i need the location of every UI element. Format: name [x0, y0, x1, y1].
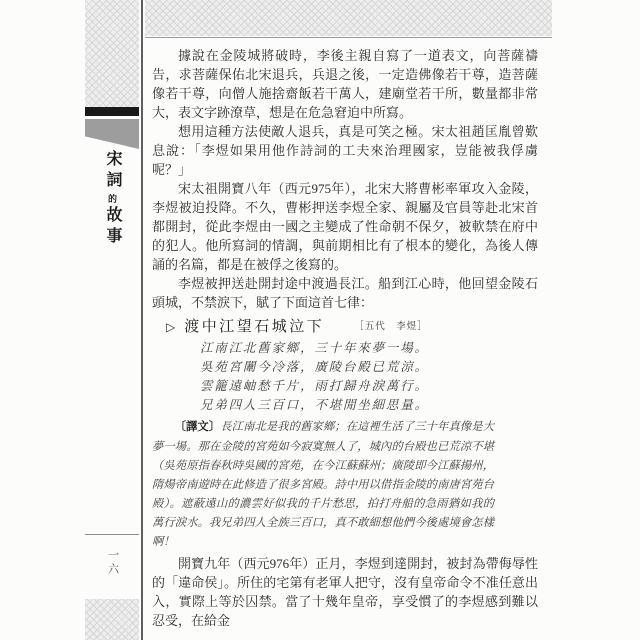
- paragraph: 開寶九年（西元976年）正月，李煜到達開封，被封為帶侮辱性的「違命侯」。所住的宅…: [152, 554, 538, 630]
- poem-body: 江南江北舊家鄉，三十年來夢一場。 吳苑宮闈今冷落，廣陵台殿已荒涼。 雲籠遠岫愁千…: [200, 338, 538, 414]
- header-rule: [145, 37, 552, 38]
- fret-pattern-bottom: [85, 599, 139, 640]
- paragraph: 據說在金陵城將破時，李後主親自寫了一道表文，向菩薩禱告，求菩薩保佑北宋退兵，兵退…: [152, 46, 538, 122]
- translation-label: 〔譯文〕: [175, 421, 221, 433]
- book-title-part1: 宋詞: [104, 150, 121, 192]
- paragraph: 宋太祖開寶八年（西元975年），北宋大將曹彬率軍攻入金陵，李煜被迫投降。不久，曹…: [152, 179, 538, 274]
- poem-line: 兄弟四人三百口，不堪閒坐細思量。: [200, 395, 538, 414]
- poem-line: 江南江北舊家鄉，三十年來夢一場。: [200, 338, 538, 357]
- book-title-part2: 故事: [104, 206, 121, 248]
- fret-pattern-top: [85, 0, 139, 107]
- fret-pattern-header-band: [145, 0, 552, 36]
- poem-header: ▷ 渡中江望石城泣下 ［五代 李煜］: [166, 317, 538, 337]
- book-title-particle: 的: [107, 194, 117, 204]
- gray-ribbon-shape: [85, 119, 139, 149]
- sidebar-strip: 宋詞的故事 一六: [85, 0, 139, 640]
- paragraph: 想用這種方法使敵人退兵，真是可笑之極。宋太祖趙匡胤曾歎息說：「李煜如果用他作詩詞…: [152, 122, 538, 179]
- poem-title: 渡中江望石城泣下: [184, 318, 324, 337]
- poem-line: 吳苑宮闈今冷落，廣陵台殿已荒涼。: [200, 357, 538, 376]
- book-title-vertical: 宋詞的故事: [104, 150, 120, 248]
- vertical-rule: [141, 0, 143, 640]
- book-page: 宋詞的故事 一六 據說在金陵城將破時，李後主親自寫了一道表文，向菩薩禱告，求菩薩…: [0, 0, 640, 640]
- translation-paragraph: 〔譯文〕長江南北是我的舊家鄉；在這裡生活了三十年真像是大夢一場。那在金陵的宮苑如…: [152, 417, 494, 551]
- page-number: 一六: [107, 549, 118, 577]
- sidebar-divider-line: [85, 534, 139, 535]
- poem-line: 雲籠遠岫愁千片，雨打歸舟淚萬行。: [200, 376, 538, 395]
- black-bar-divider: [85, 107, 139, 116]
- main-text-column: 據說在金陵城將破時，李後主親自寫了一道表文，向菩薩禱告，求菩薩保佑北宋退兵，兵退…: [152, 46, 538, 630]
- poem-attribution: ［五代 李煜］: [354, 318, 428, 337]
- translation-text: 長江南北是我的舊家鄉；在這裡生活了三十年真像是大夢一場。那在金陵的宮苑如今寂寞無…: [152, 420, 494, 548]
- triangle-marker-icon: ▷: [166, 321, 175, 333]
- paragraph: 李煜被押送赴開封途中渡過長江。船到江心時，他回望金陵石頭城，不禁淚下，賦了下面這…: [152, 274, 538, 312]
